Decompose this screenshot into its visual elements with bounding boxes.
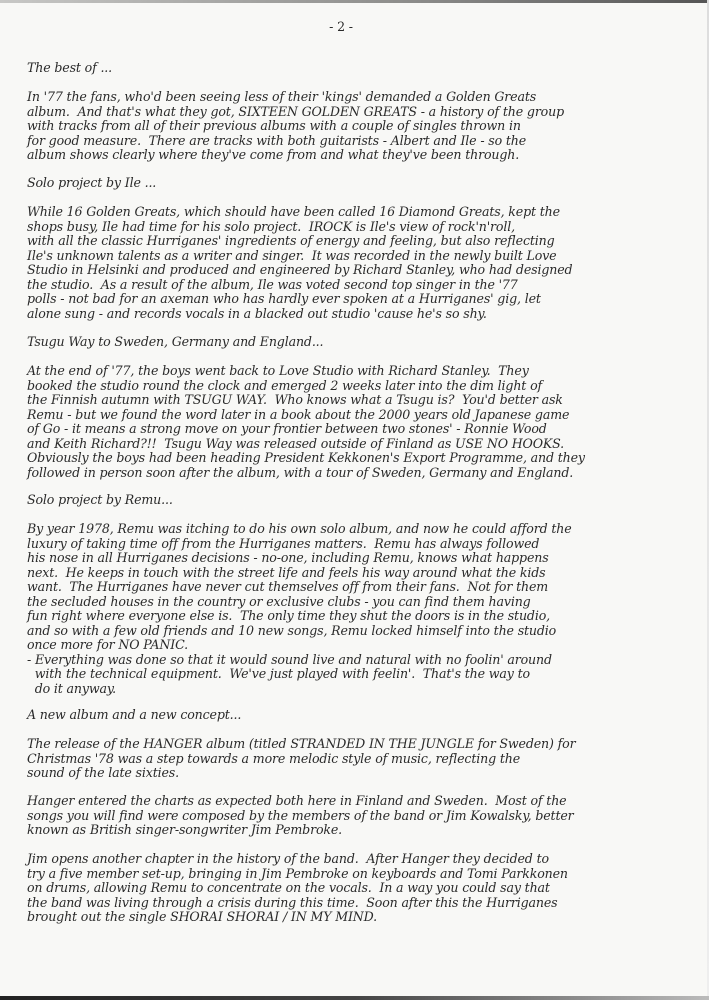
paragraph-tsugu-way: At the end of '77, the boys went back to… (27, 364, 677, 480)
section-heading-best-of: The best of ... (27, 61, 677, 76)
paragraph-jim-chapter: Jim opens another chapter in the history… (27, 852, 677, 925)
section-heading-solo-ile: Solo project by Ile ... (27, 176, 677, 191)
page-number: - 2 - (301, 20, 381, 35)
section-heading-solo-remu: Solo project by Remu... (27, 493, 677, 508)
scan-edge-bottom (0, 996, 709, 1000)
paragraph-hanger-release: The release of the HANGER album (titled … (27, 737, 677, 781)
paragraph-best-of: In '77 the fans, who'd been seeing less … (27, 90, 677, 163)
paragraph-hanger-charts: Hanger entered the charts as expected bo… (27, 794, 677, 838)
section-heading-tsugu-way: Tsugu Way to Sweden, Germany and England… (27, 335, 677, 350)
paragraph-solo-remu: By year 1978, Remu was itching to do his… (27, 522, 677, 696)
scan-edge-top (0, 0, 709, 3)
paragraph-solo-ile: While 16 Golden Greats, which should hav… (27, 205, 677, 321)
section-heading-new-album: A new album and a new concept... (27, 708, 677, 723)
